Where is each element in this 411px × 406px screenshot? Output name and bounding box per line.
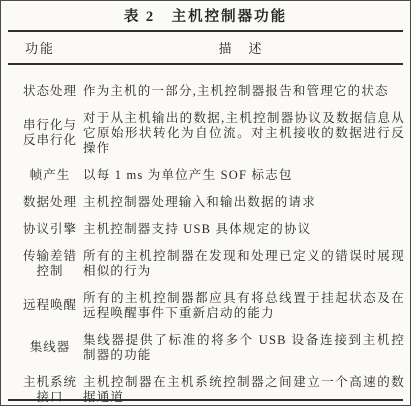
row-function-label-line: 接口 [19, 390, 81, 405]
row-function-label: 协议引擎 [19, 222, 81, 237]
row-function-label-line: 状态处理 [19, 84, 81, 99]
bottom-divider [8, 399, 403, 401]
row-function-label: 远程唤醒 [19, 298, 81, 313]
table-row: 帧产生以每 1 ms 为单位产生 SOF 标志包 [1, 168, 410, 183]
header-divider [8, 63, 403, 65]
row-function-label-line: 帧产生 [19, 168, 81, 183]
header-description-column: 描 述 [81, 41, 401, 56]
row-function-label-line: 远程唤醒 [19, 298, 81, 313]
row-function-label: 集线器 [19, 340, 81, 355]
header-function-column: 功能 [19, 41, 81, 56]
row-function-label-line: 数据处理 [19, 195, 81, 210]
row-function-label-line: 串行化与 [19, 118, 81, 133]
table-body: 状态处理作为主机的一部分,主机控制器报告和管理它的状态串行化与反串行化对于从主机… [1, 84, 410, 405]
row-description: 主机控制器支持 USB 具体规定的协议 [83, 222, 405, 237]
table-row: 集线器集线器提供了标准的将多个 USB 设备连接到主机控制器的功能 [1, 333, 410, 363]
table-row: 状态处理作为主机的一部分,主机控制器报告和管理它的状态 [1, 84, 410, 99]
row-function-label-line: 传输差错 [19, 249, 81, 264]
row-description: 作为主机的一部分,主机控制器报告和管理它的状态 [83, 84, 405, 99]
table-row: 传输差错控制所有的主机控制器在发现和处理已定义的错误时展现相似的行为 [1, 249, 410, 279]
row-description: 对于从主机输出的数据,主机控制器协议及数据信息从它原始形状转化为自位流。对主机接… [83, 111, 405, 156]
row-description: 所有的主机控制器在发现和处理已定义的错误时展现相似的行为 [83, 249, 405, 279]
row-function-label: 状态处理 [19, 84, 81, 99]
table-row: 协议引擎主机控制器支持 USB 具体规定的协议 [1, 222, 410, 237]
table-title: 表 2 主机控制器功能 [1, 1, 410, 26]
table-row: 数据处理主机控制器处理输入和输出数据的请求 [1, 195, 410, 210]
row-function-label-line: 协议引擎 [19, 222, 81, 237]
row-function-label-line: 控制 [19, 264, 81, 279]
title-divider [8, 30, 403, 32]
row-function-label: 串行化与反串行化 [19, 118, 81, 148]
row-description: 集线器提供了标准的将多个 USB 设备连接到主机控制器的功能 [83, 333, 405, 363]
row-function-label: 帧产生 [19, 168, 81, 183]
table-row: 远程唤醒所有的主机控制器都应具有将总线置于挂起状态及在远程唤醒事件下重新启动的能… [1, 291, 410, 321]
row-description: 主机控制器处理输入和输出数据的请求 [83, 195, 405, 210]
row-function-label: 传输差错控制 [19, 249, 81, 279]
table-header: 功能 描 述 [1, 41, 410, 56]
row-description: 以每 1 ms 为单位产生 SOF 标志包 [83, 168, 405, 183]
row-function-label-line: 反串行化 [19, 133, 81, 148]
row-function-label-line: 集线器 [19, 340, 81, 355]
table-row: 串行化与反串行化对于从主机输出的数据,主机控制器协议及数据信息从它原始形状转化为… [1, 111, 410, 156]
scanned-table-page: 表 2 主机控制器功能 功能 描 述 状态处理作为主机的一部分,主机控制器报告和… [0, 0, 411, 406]
row-description: 所有的主机控制器都应具有将总线置于挂起状态及在远程唤醒事件下重新启动的能力 [83, 291, 405, 321]
row-function-label-line: 主机系统 [19, 375, 81, 390]
row-function-label: 数据处理 [19, 195, 81, 210]
